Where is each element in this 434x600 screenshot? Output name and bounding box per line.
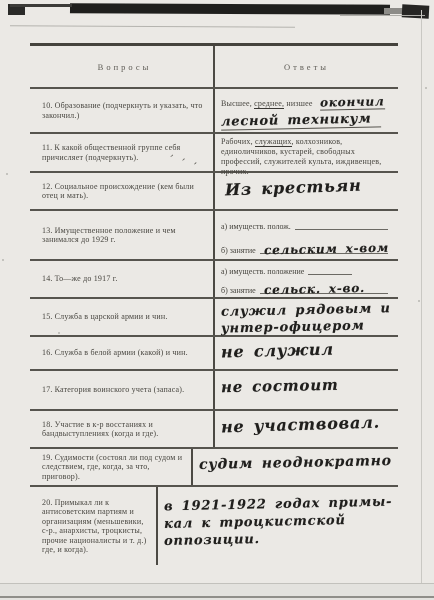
handwritten-answer-line: окончил [319,95,384,110]
row-question-11: 11.К какой общественной группе себя прич… [30,134,398,173]
page-right-edge-line [421,10,422,590]
handwritten-answer-line: оппозиции. [164,531,260,550]
handwritten-answer-line: Из крестьян [225,176,362,200]
field-label-a: а) имуществ. положение [221,267,304,278]
field-row-a: а) имуществ. полож. [221,211,392,233]
answer-underline: сельским х-вом [260,243,388,254]
question-text: 17.Категория воинского учета (запаса). [42,385,184,395]
printed-answer: Рабочих, служащих, колхозников, единолич… [221,137,392,177]
questions-column-label: Вопросы [98,62,152,72]
row-question-10: 10.Образование (подчеркнуть и указать, ч… [30,89,398,134]
answer-underline: сельск. х-во. [260,283,388,294]
scanner-bar-left-line [10,4,72,7]
handwritten-answer-line: не участвовал. [221,413,381,437]
question-number: 15. [42,312,53,321]
row-question-19: 19.Судимости (состоял ли под судом и сле… [30,449,398,487]
paper-speck [6,173,8,175]
handwritten-answer-line: не служил [221,340,334,362]
question-text: 12.Социальное происхождение (кем были от… [42,182,207,201]
page-bottom-edge-line [0,583,434,584]
field-row-b: б) занятие сельским х-вом [221,233,392,257]
question-text: 16.Служба в белой армии (какой) и чин. [42,348,188,358]
handwritten-answer-line: кал к троцкистской [164,512,346,533]
page-top-edge-line-right [340,15,425,16]
printed-answer: Высшее, среднее, низшее [221,99,313,109]
question-text: 19.Судимости (состоял ли под судом и сле… [42,453,185,482]
question-number: 20. [42,498,53,507]
row-question-12: 12.Социальное происхождение (кем были от… [30,173,398,211]
scan-bottom-dark-line [0,596,434,598]
underlined-option: служащих [255,137,292,147]
question-number: 11. [42,143,52,152]
question-number: 19. [42,453,53,462]
row-question-15: 15.Служба в царской армии и чин. служил … [30,299,398,337]
row-question-16: 16.Служба в белой армии (какой) и чин. н… [30,337,398,371]
question-number: 14. [42,274,53,283]
row-question-17: 17.Категория воинского учета (запаса). н… [30,371,398,411]
handwritten-answer-line: служил рядовым и [221,301,391,320]
scanned-questionnaire-page: Вопросы Ответы 10.Образование (подчеркну… [0,0,434,600]
handwritten-answer-line: сельским х-вом [264,241,389,258]
row-question-13: 13.Имущественное положение и чем занимал… [30,211,398,261]
scanner-black-bar [70,3,390,14]
question-text: 20.Примыкал ли к антисоветским партиям и… [42,498,150,555]
handwritten-answer-line: лесной техникум [221,111,381,130]
handwritten-answer-line: сельск. х-во. [264,281,365,297]
handwritten-answer-line: в 1921-1922 годах примы- [164,494,393,516]
questionnaire-table: Вопросы Ответы 10.Образование (подчеркну… [30,43,398,565]
answers-column-label: Ответы [284,62,329,72]
paper-speck [425,87,427,89]
field-label-a: а) имуществ. полож. [221,222,291,233]
page-top-edge-line [10,25,295,27]
paper-speck [2,259,4,261]
underlined-option: среднее, [254,99,284,109]
field-row-b: б) занятие сельск. х-во. [221,278,392,297]
questions-column-header-cell: Вопросы [30,46,215,87]
question-text: 18.Участие в к-р восстаниях и бандвыступ… [42,420,207,439]
scanner-bar-right-block [402,4,430,18]
field-label-b: б) занятие [221,286,256,297]
handwritten-answer-line: судим неоднократно [199,453,392,473]
answers-column-header-cell: Ответы [215,46,398,87]
blank-underline [295,219,388,230]
header-row: Вопросы Ответы [30,46,398,89]
question-number: 16. [42,348,53,357]
field-row-a: а) имуществ. положение [221,261,392,278]
question-text: 13.Имущественное положение и чем занимал… [42,226,207,245]
question-text: 15.Служба в царской армии и чин. [42,312,168,322]
handwritten-answer-line: не состоит [221,376,339,396]
row-question-18: 18.Участие в к-р восстаниях и бандвыступ… [30,411,398,449]
question-text: 10.Образование (подчеркнуть и указать, ч… [42,101,207,120]
field-label-b: б) занятие [221,246,256,257]
row-question-14: 14.То—же до 1917 г. а) имуществ. положен… [30,261,398,299]
question-number: 18. [42,420,53,429]
question-text: 14.То—же до 1917 г. [42,274,118,284]
question-number: 12. [42,182,53,191]
question-number: 17. [42,385,53,394]
question-number: 13. [42,226,53,235]
question-number: 10. [42,101,53,110]
handwritten-answer-line: унтер-офицером [221,318,365,336]
blank-underline [308,264,352,275]
row-question-20: 20.Примыкал ли к антисоветским партиям и… [30,487,398,565]
paper-speck [418,300,420,302]
